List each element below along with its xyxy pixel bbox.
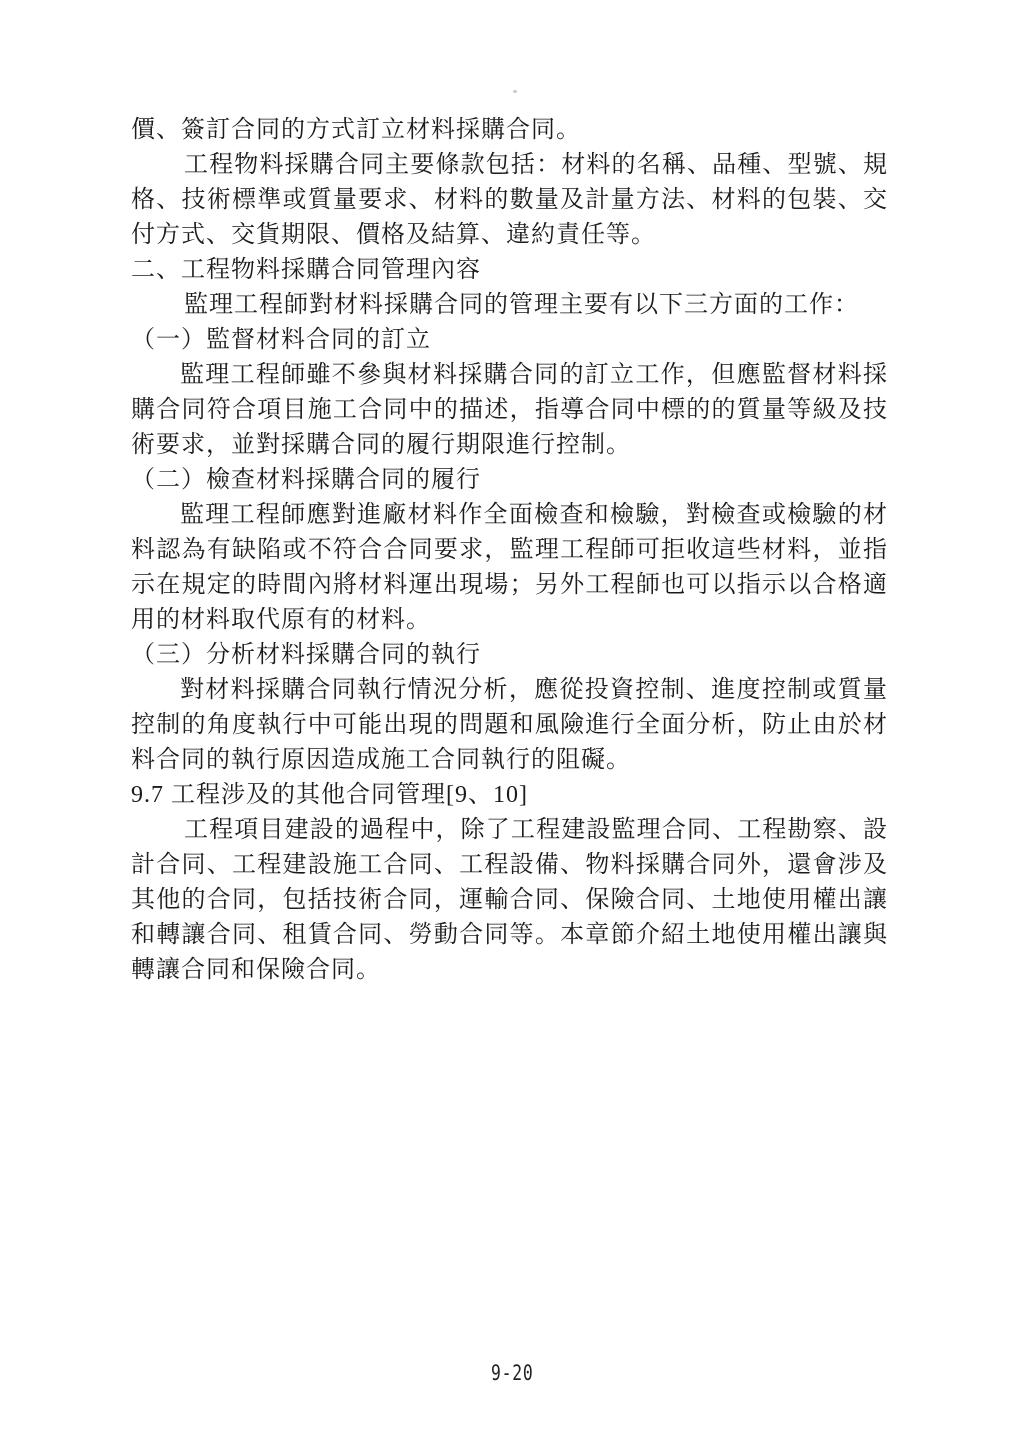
subheading-item-3: （三）分析材料採購合同的執行 [131,638,888,673]
paragraph-item-3: 對材料採購合同執行情況分析，應從投資控制、進度控制或質量控制的角度執行中可能出現… [131,673,888,778]
scan-speck [513,90,517,93]
page-number: 9-20 [491,1361,534,1385]
paragraph-item-2: 監理工程師應對進廠材料作全面檢查和檢驗，對檢查或檢驗的材料認為有缺陷或不符合合同… [131,498,888,638]
paragraph-intro: 監理工程師對材料採購合同的管理主要有以下三方面的工作： [131,288,888,323]
page-body: 價、簽訂合同的方式訂立材料採購合同。 工程物料採購合同主要條款包括：材料的名稱、… [131,113,888,988]
subheading-item-1: （一）監督材料合同的訂立 [131,323,888,358]
subheading-item-2: （二）檢查材料採購合同的履行 [131,463,888,498]
paragraph-contract-terms: 工程物料採購合同主要條款包括：材料的名稱、品種、型號、規格、技術標準或質量要求、… [131,148,888,253]
section-heading-9-7: 9.7 工程涉及的其他合同管理[9、10] [131,778,888,813]
paragraph-continuation: 價、簽訂合同的方式訂立材料採購合同。 [131,113,888,148]
paragraph-section-9-7: 工程項目建設的過程中，除了工程建設監理合同、工程勘察、設計合同、工程建設施工合同… [131,813,888,988]
page-footer: 9-20 [0,1361,1024,1385]
document-page: 價、簽訂合同的方式訂立材料採購合同。 工程物料採購合同主要條款包括：材料的名稱、… [0,0,1024,1450]
paragraph-item-1: 監理工程師雖不參與材料採購合同的訂立工作，但應監督材料採購合同符合項目施工合同中… [131,358,888,463]
heading-list-item-2: 二、工程物料採購合同管理內容 [131,253,888,288]
